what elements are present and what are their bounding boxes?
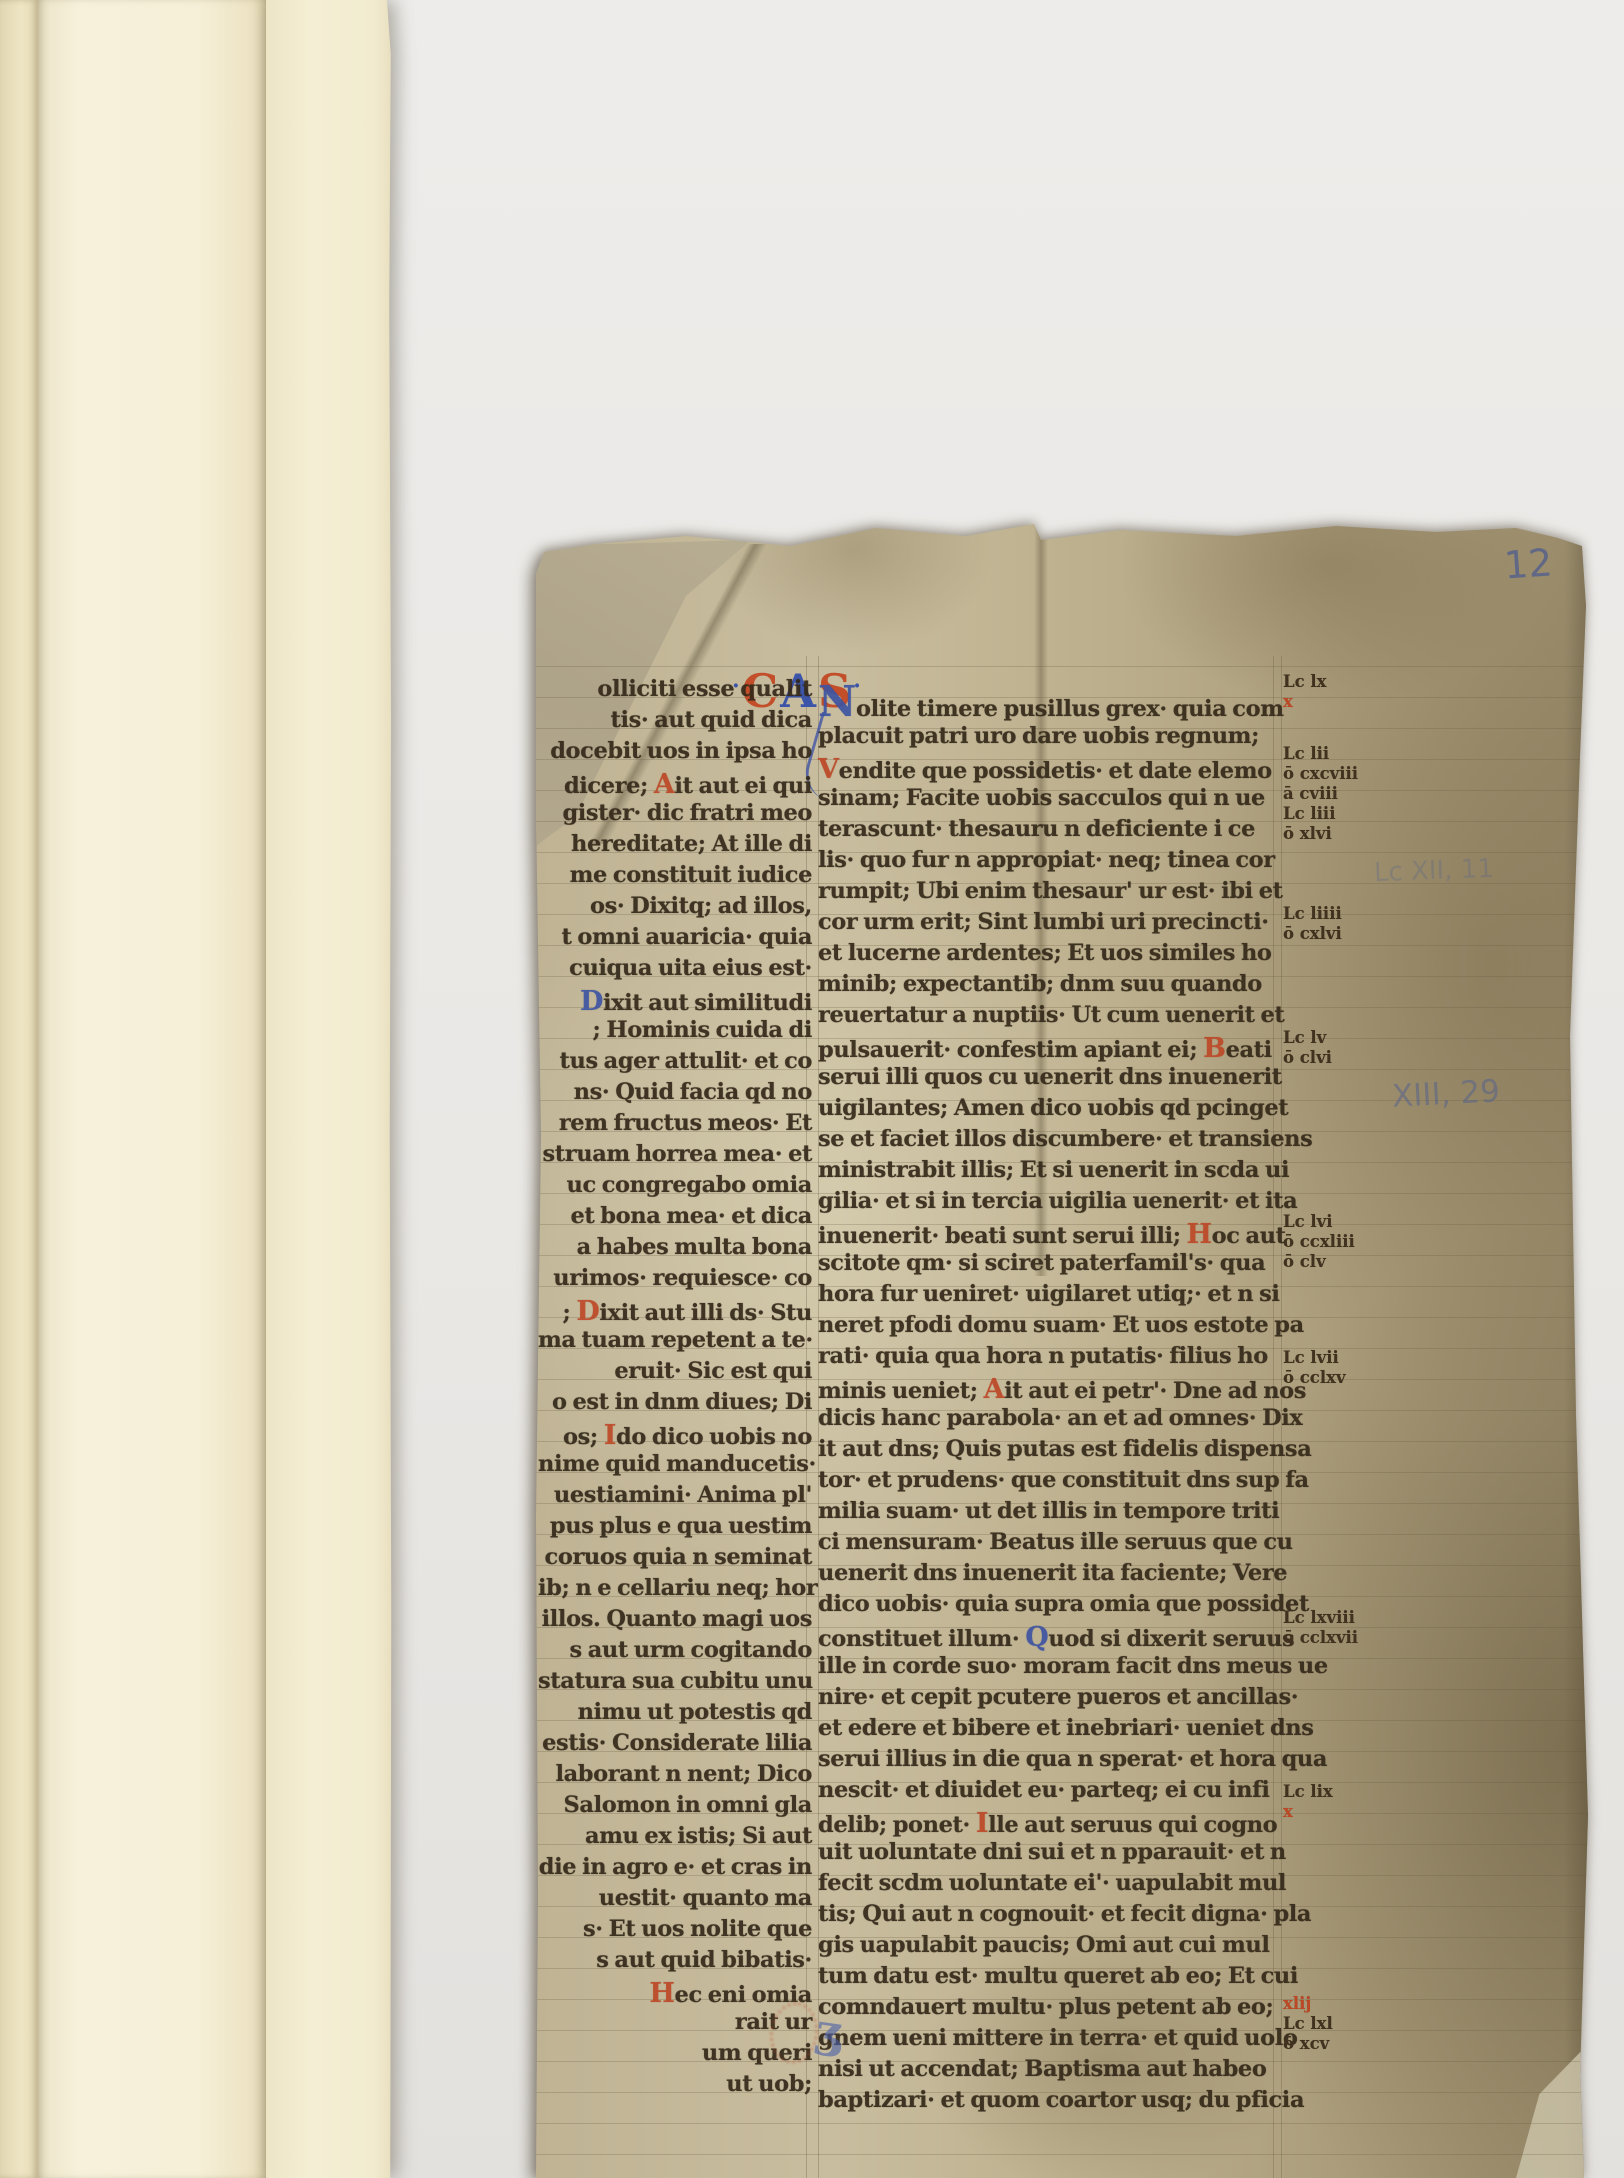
manuscript-text-line: tis· aut quid dica (538, 707, 812, 738)
manuscript-text-line: baptizari· et quom coartor usq; du pfici… (818, 2087, 1276, 2118)
manuscript-text-line: et lucerne ardentes; Et uos similes ho (818, 940, 1276, 971)
manuscript-text-line: olliciti esse qualit (538, 676, 812, 707)
manuscript-text-line: illos. Quanto magi uos (538, 1606, 812, 1637)
manuscript-text-line: ut uob; (538, 2071, 812, 2102)
manuscript-text-line: delib; ponet· Ille aut seruus qui cogno (818, 1808, 1276, 1839)
gloss-reference: ō cxlvi (1283, 924, 1473, 944)
manuscript-text-line: s aut urm cogitando (538, 1637, 812, 1668)
manuscript-text-line: et edere et bibere et inebriari· ueniet … (818, 1715, 1276, 1746)
text-column-left: olliciti esse qualittis· aut quid dicado… (538, 676, 812, 2102)
gloss-reference: ō cclxv (1283, 1368, 1473, 1388)
manuscript-leaf: ·CAS· olliciti esse qualittis· aut quid … (536, 516, 1594, 2178)
manuscript-text-line: Hec eni omia (538, 1978, 812, 2009)
gloss-reference: Lc liii (1283, 804, 1473, 824)
gloss-cluster: Lc lviō ccxliiiō clv (1283, 1212, 1473, 1272)
gloss-reference: Lc lxl (1283, 2014, 1473, 2034)
gloss-reference: ō xlvi (1283, 824, 1473, 844)
rubric-initial: H (1187, 1219, 1212, 1250)
gloss-cluster: xlijLc lxlō xcv (1283, 1994, 1473, 2054)
manuscript-text-line: comndauert multu· plus petent ab eo; (818, 1994, 1276, 2025)
manuscript-text-line: pus plus e qua uestim (538, 1513, 812, 1544)
gloss-cluster: Lc lviiō cclxv (1283, 1348, 1473, 1388)
manuscript-text-line: Salomon in omni gla (538, 1792, 812, 1823)
manuscript-text-line: os; Ido dico uobis no (538, 1420, 812, 1451)
manuscript-text-line: tis; Qui aut n cognouit· et fecit digna·… (818, 1901, 1276, 1932)
manuscript-text-line: coruos quia n seminat (538, 1544, 812, 1575)
manuscript-text-line: Nolite timere pusillus grex· quia com (818, 692, 1276, 723)
manuscript-text-line: gnem ueni mittere in terra· et quid uolo (818, 2025, 1276, 2056)
gloss-reference: ō cclxvii (1283, 1628, 1473, 1648)
manuscript-text-line: t omni auaricia· quia (538, 924, 812, 955)
rubric-initial: D (576, 1296, 599, 1327)
manuscript-text-line: ministrabit illis; Et si uenerit in scda… (818, 1157, 1276, 1188)
manuscript-text-line: sinam; Facite uobis sacculos qui n ue (818, 785, 1276, 816)
manuscript-text-line: serui illius in die qua n sperat· et hor… (818, 1746, 1276, 1777)
flyleaf-top-sheet (266, 0, 392, 2178)
gloss-reference: Lc lvii (1283, 1348, 1473, 1368)
manuscript-text-line: s aut quid bibatis· (538, 1947, 812, 1978)
gloss-reference: Lc lx (1283, 672, 1473, 692)
manuscript-text-line: minib; expectantib; dnm suu quando (818, 971, 1276, 1002)
gloss-cluster: Lc lxx (1283, 672, 1473, 712)
rubric-initial: I (604, 1420, 616, 1451)
manuscript-text-line: dicere; Ait aut ei qui (538, 769, 812, 800)
pencil-note-lc-xii-11: Lc XII, 11 (1374, 854, 1495, 888)
parchment-surface: ·CAS· olliciti esse qualittis· aut quid … (536, 516, 1594, 2178)
manuscript-text-line: cor urm erit; Sint lumbi uri precincti· (818, 909, 1276, 940)
gloss-reference: ō clvi (1283, 1048, 1473, 1068)
manuscript-text-line: tor· et prudens· que constituit dns sup … (818, 1467, 1276, 1498)
gloss-reference: x (1283, 1802, 1473, 1822)
manuscript-text-line: ib; n e cellariu neq; hor (538, 1575, 812, 1606)
manuscript-text-line: neret pfodi domu suam· Et uos estote pa (818, 1312, 1276, 1343)
manuscript-text-line: rem fructus meos· Et (538, 1110, 812, 1141)
pencil-note-xiii-29: XIII, 29 (1391, 1073, 1501, 1115)
manuscript-text-line: hora fur ueniret· uigilaret utiq;· et n … (818, 1281, 1276, 1312)
manuscript-text-line: ns· Quid facia qd no (538, 1079, 812, 1110)
rubric-initial: V (818, 754, 839, 785)
manuscript-text-line: tus ager attulit· et co (538, 1048, 812, 1079)
manuscript-text-line: uestiamini· Anima pl' (538, 1482, 812, 1513)
manuscript-text-line: milia suam· ut det illis in tempore trit… (818, 1498, 1276, 1529)
manuscript-text-line: minis ueniet; Ait aut ei petr'· Dne ad n… (818, 1374, 1276, 1405)
flyleaf-edge-strip (0, 0, 38, 2178)
gloss-reference: ō clv (1283, 1252, 1473, 1272)
manuscript-text-line: gis uapulabit paucis; Omi aut cui mul (818, 1932, 1276, 1963)
manuscript-text-line: uit uoluntate dni sui et n pparauit· et … (818, 1839, 1276, 1870)
manuscript-text-line: Dixit aut similitudi (538, 986, 812, 1017)
gloss-reference: Lc lxviii (1283, 1608, 1473, 1628)
gloss-reference: xlij (1283, 1994, 1473, 2014)
gloss-reference: x (1283, 692, 1473, 712)
rubric-initial: I (976, 1808, 988, 1839)
digitized-manuscript-page: ·CAS· olliciti esse qualittis· aut quid … (0, 0, 1624, 2178)
gloss-cluster: Lc lixx (1283, 1782, 1473, 1822)
manuscript-text-line: nescit· et diuidet eu· parteq; ei cu inf… (818, 1777, 1276, 1808)
manuscript-text-line: nire· et cepit pcutere pueros et ancilla… (818, 1684, 1276, 1715)
gloss-cluster: Lc lxviiiō cclxvii (1283, 1608, 1473, 1648)
gloss-reference: Lc lii (1283, 744, 1473, 764)
blue-initial: D (580, 986, 603, 1017)
manuscript-text-line: ; Dixit aut illi ds· Stu (538, 1296, 812, 1327)
gloss-cluster: Lc liiō cxcviiiā cviiiLc liiiō xlvi (1283, 744, 1473, 844)
manuscript-text-line: rumpit; Ubi enim thesaur' ur est· ibi et (818, 878, 1276, 909)
gloss-reference: Lc lv (1283, 1028, 1473, 1048)
flyleaf-sheet (38, 0, 266, 2178)
manuscript-text-line: docebit uos in ipsa ho (538, 738, 812, 769)
manuscript-text-line: o est in dnm diues; Di (538, 1389, 812, 1420)
manuscript-text-line: tum datu est· multu queret ab eo; Et cui (818, 1963, 1276, 1994)
manuscript-text-line: estis· Considerate lilia (538, 1730, 812, 1761)
manuscript-text-line: serui illi quos cu uenerit dns inuenerit (818, 1064, 1276, 1095)
manuscript-text-line: eruit· Sic est qui (538, 1358, 812, 1389)
manuscript-text-line: cuiqua uita eius est· (538, 955, 812, 986)
manuscript-text-line: statura sua cubitu unu (538, 1668, 812, 1699)
manuscript-text-line: nimu ut potestis qd (538, 1699, 812, 1730)
manuscript-text-line: uigilantes; Amen dico uobis qd pcinget (818, 1095, 1276, 1126)
blue-initial: Q (1025, 1622, 1048, 1653)
manuscript-text-line: nisi ut accendat; Baptisma aut habeo (818, 2056, 1276, 2087)
gloss-reference: ō cxcviii (1283, 764, 1473, 784)
gloss-reference: Lc lvi (1283, 1212, 1473, 1232)
manuscript-text-line: uestit· quanto ma (538, 1885, 812, 1916)
gloss-reference: ō xcv (1283, 2034, 1473, 2054)
manuscript-text-line: s· Et uos nolite que (538, 1916, 812, 1947)
manuscript-text-line: inuenerit· beati sunt serui illi; Hoc au… (818, 1219, 1276, 1250)
manuscript-text-line: gilia· et si in tercia uigilia uenerit· … (818, 1188, 1276, 1219)
manuscript-text-line: uc congregabo omia (538, 1172, 812, 1203)
manuscript-text-line: se et faciet illos discumbere· et transi… (818, 1126, 1276, 1157)
manuscript-text-line: it aut dns; Quis putas est fidelis dispe… (818, 1436, 1276, 1467)
manuscript-text-line: laborant n nent; Dico (538, 1761, 812, 1792)
gloss-reference: Lc lix (1283, 1782, 1473, 1802)
gloss-reference: ā cviii (1283, 784, 1473, 804)
manuscript-text-line: terascunt· thesauru n deficiente i ce (818, 816, 1276, 847)
manuscript-text-line: a habes multa bona (538, 1234, 812, 1265)
rubric-initial: H (649, 1978, 674, 2009)
manuscript-text-line: scitote qm· si sciret paterfamil's· qua (818, 1250, 1276, 1281)
manuscript-text-line: et bona mea· et dica (538, 1203, 812, 1234)
flyleaf-top-sheet-surface (266, 0, 392, 2178)
manuscript-text-line: die in agro e· et cras in (538, 1854, 812, 1885)
manuscript-text-line: os· Dixitq; ad illos, (538, 893, 812, 924)
manuscript-text-line: fecit scdm uoluntate ei'· uapulabit mul (818, 1870, 1276, 1901)
manuscript-text-line: dicis hanc parabola· an et ad omnes· Dix (818, 1405, 1276, 1436)
manuscript-text-line: rati· quia qua hora n putatis· filius ho (818, 1343, 1276, 1374)
manuscript-text-line: struam horrea mea· et (538, 1141, 812, 1172)
manuscript-text-line: urimos· requiesce· co (538, 1265, 812, 1296)
manuscript-text-line: uenerit dns inuenerit ita faciente; Vere (818, 1560, 1276, 1591)
manuscript-text-line: placuit patri uro dare uobis regnum; (818, 723, 1276, 754)
manuscript-text-line: dico uobis· quia supra omia que possidet (818, 1591, 1276, 1622)
rubric-initial: B (1203, 1033, 1225, 1064)
manuscript-text-line: me constituit iudice (538, 862, 812, 893)
manuscript-text-line: constituet illum· Quod si dixerit seruus (818, 1622, 1276, 1653)
gloss-reference: ō ccxliii (1283, 1232, 1473, 1252)
rubric-initial: A (654, 769, 675, 800)
manuscript-text-line: lis· quo fur n appropiat· neq; tinea cor (818, 847, 1276, 878)
manuscript-text-line: gister· dic fratri meo (538, 800, 812, 831)
gloss-cluster: Lc liiiiō cxlvi (1283, 904, 1473, 944)
manuscript-text-line: amu ex istis; Si aut (538, 1823, 812, 1854)
manuscript-text-line: reuertatur a nuptiis· Ut cum uenerit et (818, 1002, 1276, 1033)
manuscript-text-line: Vendite que possidetis· et date elemo (818, 754, 1276, 785)
manuscript-text-line: ; Hominis cuida di (538, 1017, 812, 1048)
blue-initial: N (818, 677, 856, 726)
gloss-reference: Lc liiii (1283, 904, 1473, 924)
manuscript-text-line: pulsauerit· confestim apiant ei; Beati (818, 1033, 1276, 1064)
manuscript-text-line: hereditate; At ille di (538, 831, 812, 862)
folio-number: 12 (1503, 540, 1554, 587)
manuscript-text-line: ille in corde suo· moram facit dns meus … (818, 1653, 1276, 1684)
rubric-initial: A (984, 1374, 1005, 1405)
gloss-cluster: Lc lvō clvi (1283, 1028, 1473, 1068)
manuscript-text-line: ci mensuram· Beatus ille seruus que cu (818, 1529, 1276, 1560)
manuscript-text-line: nime quid manducetis· (538, 1451, 812, 1482)
text-column-right: Nolite timere pusillus grex· quia compla… (818, 692, 1276, 2118)
manuscript-text-line: ma tuam repetent a te· (538, 1327, 812, 1358)
